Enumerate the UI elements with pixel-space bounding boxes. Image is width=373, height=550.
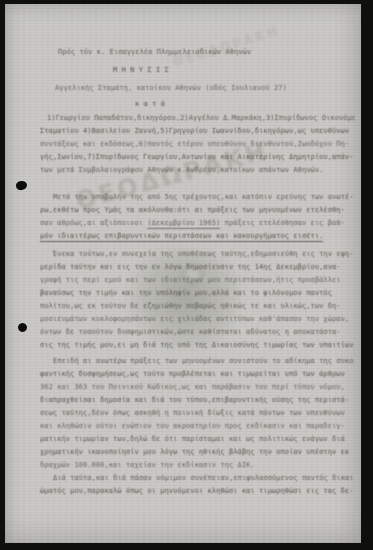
document-line: Επειδή αι ανωτέρω πράξεις των μηνυομένων… [40,355,355,368]
defendants-block: 1)Γεωργίου Παπαδάτου,δικηγόρου,2)Αγγέλου… [40,112,355,177]
document-line: των μετά Συμβολαιογράφου Αθηνών κ.Ανδρέο… [40,164,355,177]
document-line: χρηματικήν ικανοποίησίν μου λόγω της ηθι… [40,446,355,459]
document-line: γής,Ιωνίου,7)Σπυρίδωνος Γεωργίου,Αντωνίο… [40,151,355,164]
paragraph: Ένεκα τούτων,εν συνεχεία της υποθέσεως τ… [40,248,355,352]
document-line: δραχμών 100.000,και ταχείαν την εκδίκασι… [40,459,355,472]
underlined-text: μόν ιδιαιτέρως επιβαρυντικών περιστάσεων… [40,232,323,242]
document-line: σαν αθρόως,αι αξιόποινοι (Δεκεμβρίου 196… [40,217,355,230]
body-paragraphs: Μετά την υποβολήν της από 5ης τρέχοντος,… [40,191,355,498]
typewritten-text: Πρός τόν κ. Εισαγγελέα Πλημμελειοδικών Α… [40,46,355,498]
document-page: ΘΕΟΔΩΡΑΚΗ ΘΕΟΔΩΡΑΚΗ Πρός τόν κ. Εισαγγελ… [5,4,361,543]
document-line: συντάξεως και εκδόσεως,6)παντός ετέρου υ… [40,138,355,151]
document-line: βαναύσως την τιμήν και την υπόληψίν μου,… [40,287,355,300]
document-line: μόν ιδιαιτέρως επιβαρυντικών περιστάσεων… [40,230,355,243]
recipient-line: Πρός τόν κ. Εισαγγελέα Πλημμελειοδικών Α… [40,46,355,59]
document-line: φαντικής δυσφημήσεως,ως τούτο προβλέπετα… [40,368,355,381]
document-line: μερίδα ταύτην και εις την εν λόγω δημοσί… [40,261,355,274]
document-line: σεως ταύτης,δέον όπως ασκηθή η ποινική δ… [40,407,355,420]
document-line: ώματός μου,παρακαλώ όπως οι μηνυόμενοι κ… [40,485,355,498]
document-line: Ένεκα τούτων,εν συνεχεία της υποθέσεως τ… [40,248,355,261]
underlined-text: (Δεκεμβρίου 1965) [147,219,220,229]
document-line: γραφή τις περί εμού και των ιδιαιτέρων μ… [40,274,355,287]
document-line: Διά ταύτα,και διά πάσαν νόμιμον συνέπεια… [40,472,355,485]
document-title: Μ Η Ν Υ Σ Ι Σ [40,64,355,77]
paragraph: Μετά την υποβολήν της από 5ης τρέχοντος,… [40,191,355,243]
line-text: πράξεις ετελέσθησαν εις βαθ- [220,219,345,227]
document-line: 362 και 363 του Ποινικού Κώδικος,ως και … [40,381,355,394]
document-line: 1)Γεωργίου Παπαδάτου,δικηγόρου,2)Αγγέλου… [40,112,355,125]
ink-dot-top [15,180,28,191]
document-line: Σταματίου 4)Βασιλείου Ζαννή,5)Γρηγορίου … [40,125,355,138]
complainant-line: Αγγελικής Σταμάτη, κατοίκου Αθηνών (οδός… [40,82,355,95]
document-line: όντων δε τοσούτον δυσφημιστικών,ώστε καθ… [40,326,355,339]
scan-frame: ΘΕΟΔΩΡΑΚΗ ΘΕΟΔΩΡΑΚΗ Πρός τόν κ. Εισαγγελ… [0,0,373,550]
document-line: διαπραχθείσαι δημοσία και διά του τύπου,… [40,394,355,407]
line-text: σαν αθρόως,αι αξιόποινοι [40,219,147,227]
against-word: κ α τ ά [40,98,355,111]
document-line: πολίτου,ως εκ τούτου δε εζημιώθην σοβαρώ… [40,300,355,313]
ink-dot-bottom [18,323,27,332]
paragraph: Διά ταύτα,και διά πάσαν νόμιμον συνέπεια… [40,472,355,498]
paragraph: Επειδή αι ανωτέρω πράξεις των μηνυομένων… [40,355,355,472]
document-line: ρω,εκθέτω προς Υμάς τα ακόλουθα:ότι αι π… [40,204,355,217]
document-line: ματικήν τιμωρίαν των,δηλώ δε ότι παρίστα… [40,433,355,446]
document-line: Μετά την υποβολήν της από 5ης τρέχοντος,… [40,191,355,204]
document-line: σις της τιμής μου,ει μη διά της υπό της … [40,339,355,352]
document-line: μοσιευμάτων κυκλοφορησάντων εις χιλιάδας… [40,313,355,326]
document-line: και κληθώσιν ούτοι ενώπιον του ακροατηρί… [40,420,355,433]
